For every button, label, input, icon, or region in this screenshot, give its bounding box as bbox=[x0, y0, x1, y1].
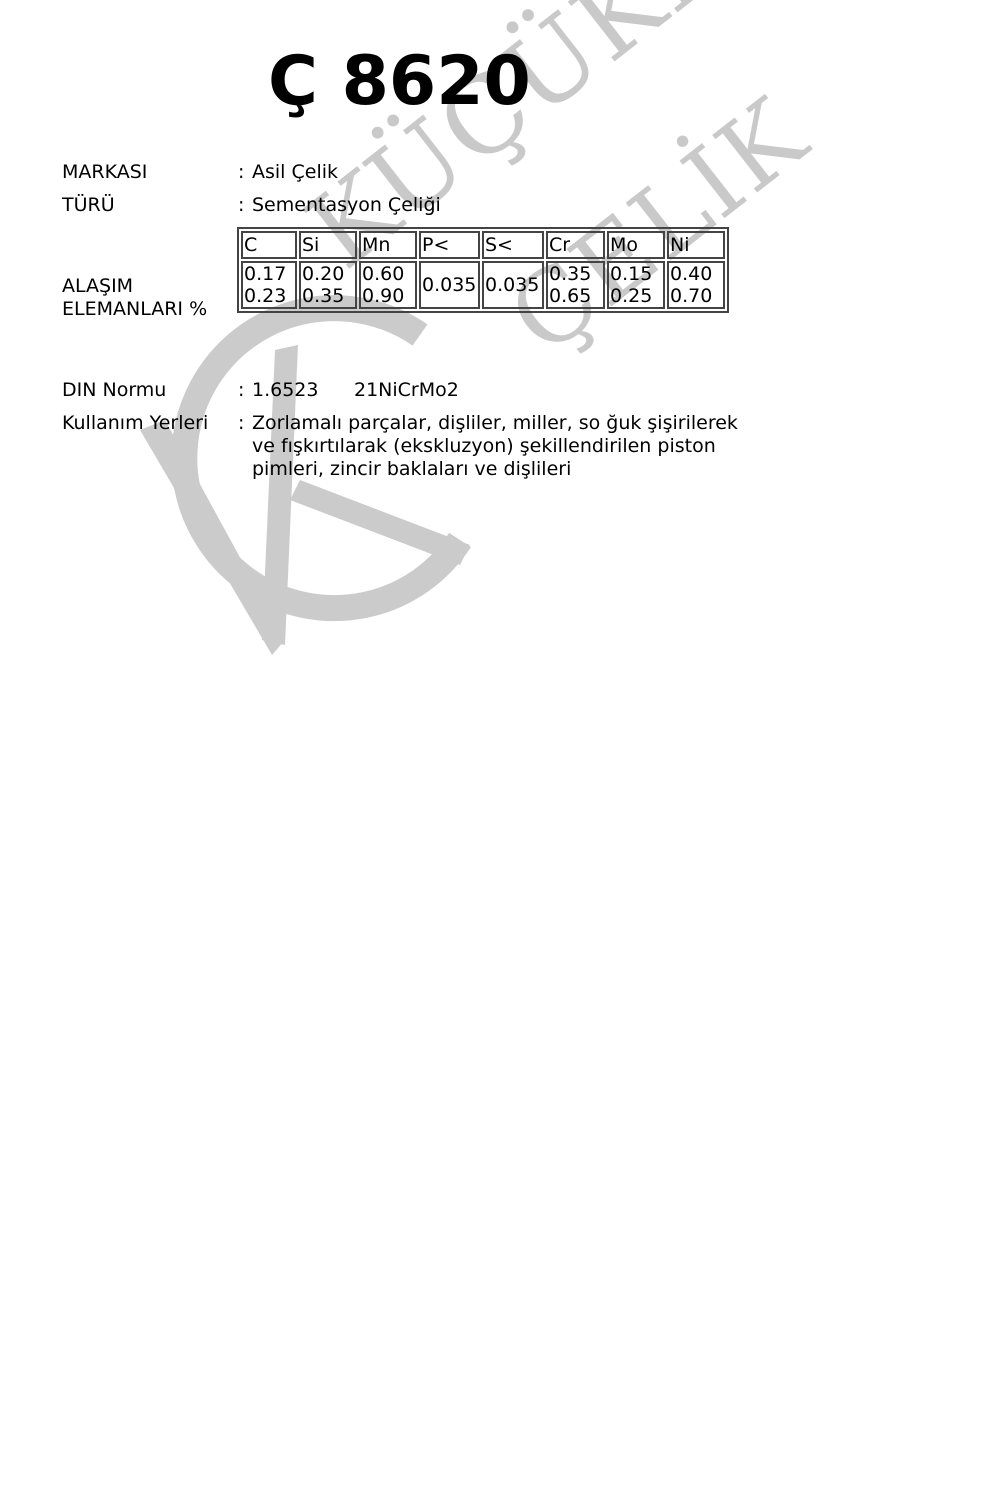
table-cell: 0.600.90 bbox=[359, 261, 417, 309]
cell-value-max: 0.25 bbox=[610, 285, 662, 307]
field-label-line2: ELEMANLARI % bbox=[62, 298, 207, 321]
column-header: Cr bbox=[546, 231, 605, 259]
din-number: 1.6523 bbox=[252, 379, 318, 402]
cell-value-min: 0.60 bbox=[362, 263, 414, 285]
cell-value-max: 0.90 bbox=[362, 285, 414, 307]
table-cell: 0.170.23 bbox=[241, 261, 297, 309]
table-cell: 0.350.65 bbox=[546, 261, 605, 309]
field-label: TÜRÜ bbox=[62, 194, 115, 217]
usage-line: pimleri, zincir baklaları ve dişlileri bbox=[252, 458, 738, 481]
cell-value-min: 0.17 bbox=[244, 263, 294, 285]
table-row: 0.170.230.200.350.600.900.0350.0350.350.… bbox=[241, 261, 725, 309]
cell-value-min: 0.35 bbox=[549, 263, 602, 285]
colon: : bbox=[238, 412, 244, 435]
column-header: S< bbox=[482, 231, 544, 259]
page-title: Ç 8620 bbox=[268, 48, 531, 116]
column-header: Si bbox=[299, 231, 357, 259]
field-label: Kullanım Yerleri bbox=[62, 412, 208, 435]
alloy-elements-table: CSiMnP<S<CrMoNi 0.170.230.200.350.600.90… bbox=[237, 227, 729, 313]
column-header: C bbox=[241, 231, 297, 259]
cell-value-min: 0.15 bbox=[610, 263, 662, 285]
field-value: Asil Çelik bbox=[252, 161, 338, 184]
cell-value-max: 0.35 bbox=[302, 285, 354, 307]
cell-value-min: 0.40 bbox=[670, 263, 722, 285]
cell-value-max: 0.65 bbox=[549, 285, 602, 307]
colon: : bbox=[238, 379, 244, 402]
table-cell: 0.400.70 bbox=[667, 261, 725, 309]
column-header: Mo bbox=[607, 231, 665, 259]
cell-value: 0.035 bbox=[485, 274, 541, 296]
field-label-line1: ALAŞIM bbox=[62, 275, 133, 298]
field-label: MARKASI bbox=[62, 161, 147, 184]
usage-line: Zorlamalı parçalar, dişliler, miller, so… bbox=[252, 412, 738, 435]
cell-value: 0.035 bbox=[422, 274, 477, 296]
cell-value-min: 0.20 bbox=[302, 263, 354, 285]
field-value: Sementasyon Çeliği bbox=[252, 194, 441, 217]
din-designation: 21NiCrMo2 bbox=[354, 379, 459, 402]
colon: : bbox=[238, 161, 244, 184]
column-header: Ni bbox=[667, 231, 725, 259]
table-cell: 0.200.35 bbox=[299, 261, 357, 309]
table-header-row: CSiMnP<S<CrMoNi bbox=[241, 231, 725, 259]
column-header: P< bbox=[419, 231, 480, 259]
table-cell: 0.150.25 bbox=[607, 261, 665, 309]
column-header: Mn bbox=[359, 231, 417, 259]
colon: : bbox=[238, 194, 244, 217]
table-cell: 0.035 bbox=[419, 261, 480, 309]
cell-value-max: 0.70 bbox=[670, 285, 722, 307]
field-label: DIN Normu bbox=[62, 379, 166, 402]
usage-line: ve fışkırtılarak (ekskluzyon) şekillendi… bbox=[252, 435, 738, 458]
cell-value-max: 0.23 bbox=[244, 285, 294, 307]
table-cell: 0.035 bbox=[482, 261, 544, 309]
usage-text: Zorlamalı parçalar, dişliler, miller, so… bbox=[252, 412, 738, 481]
